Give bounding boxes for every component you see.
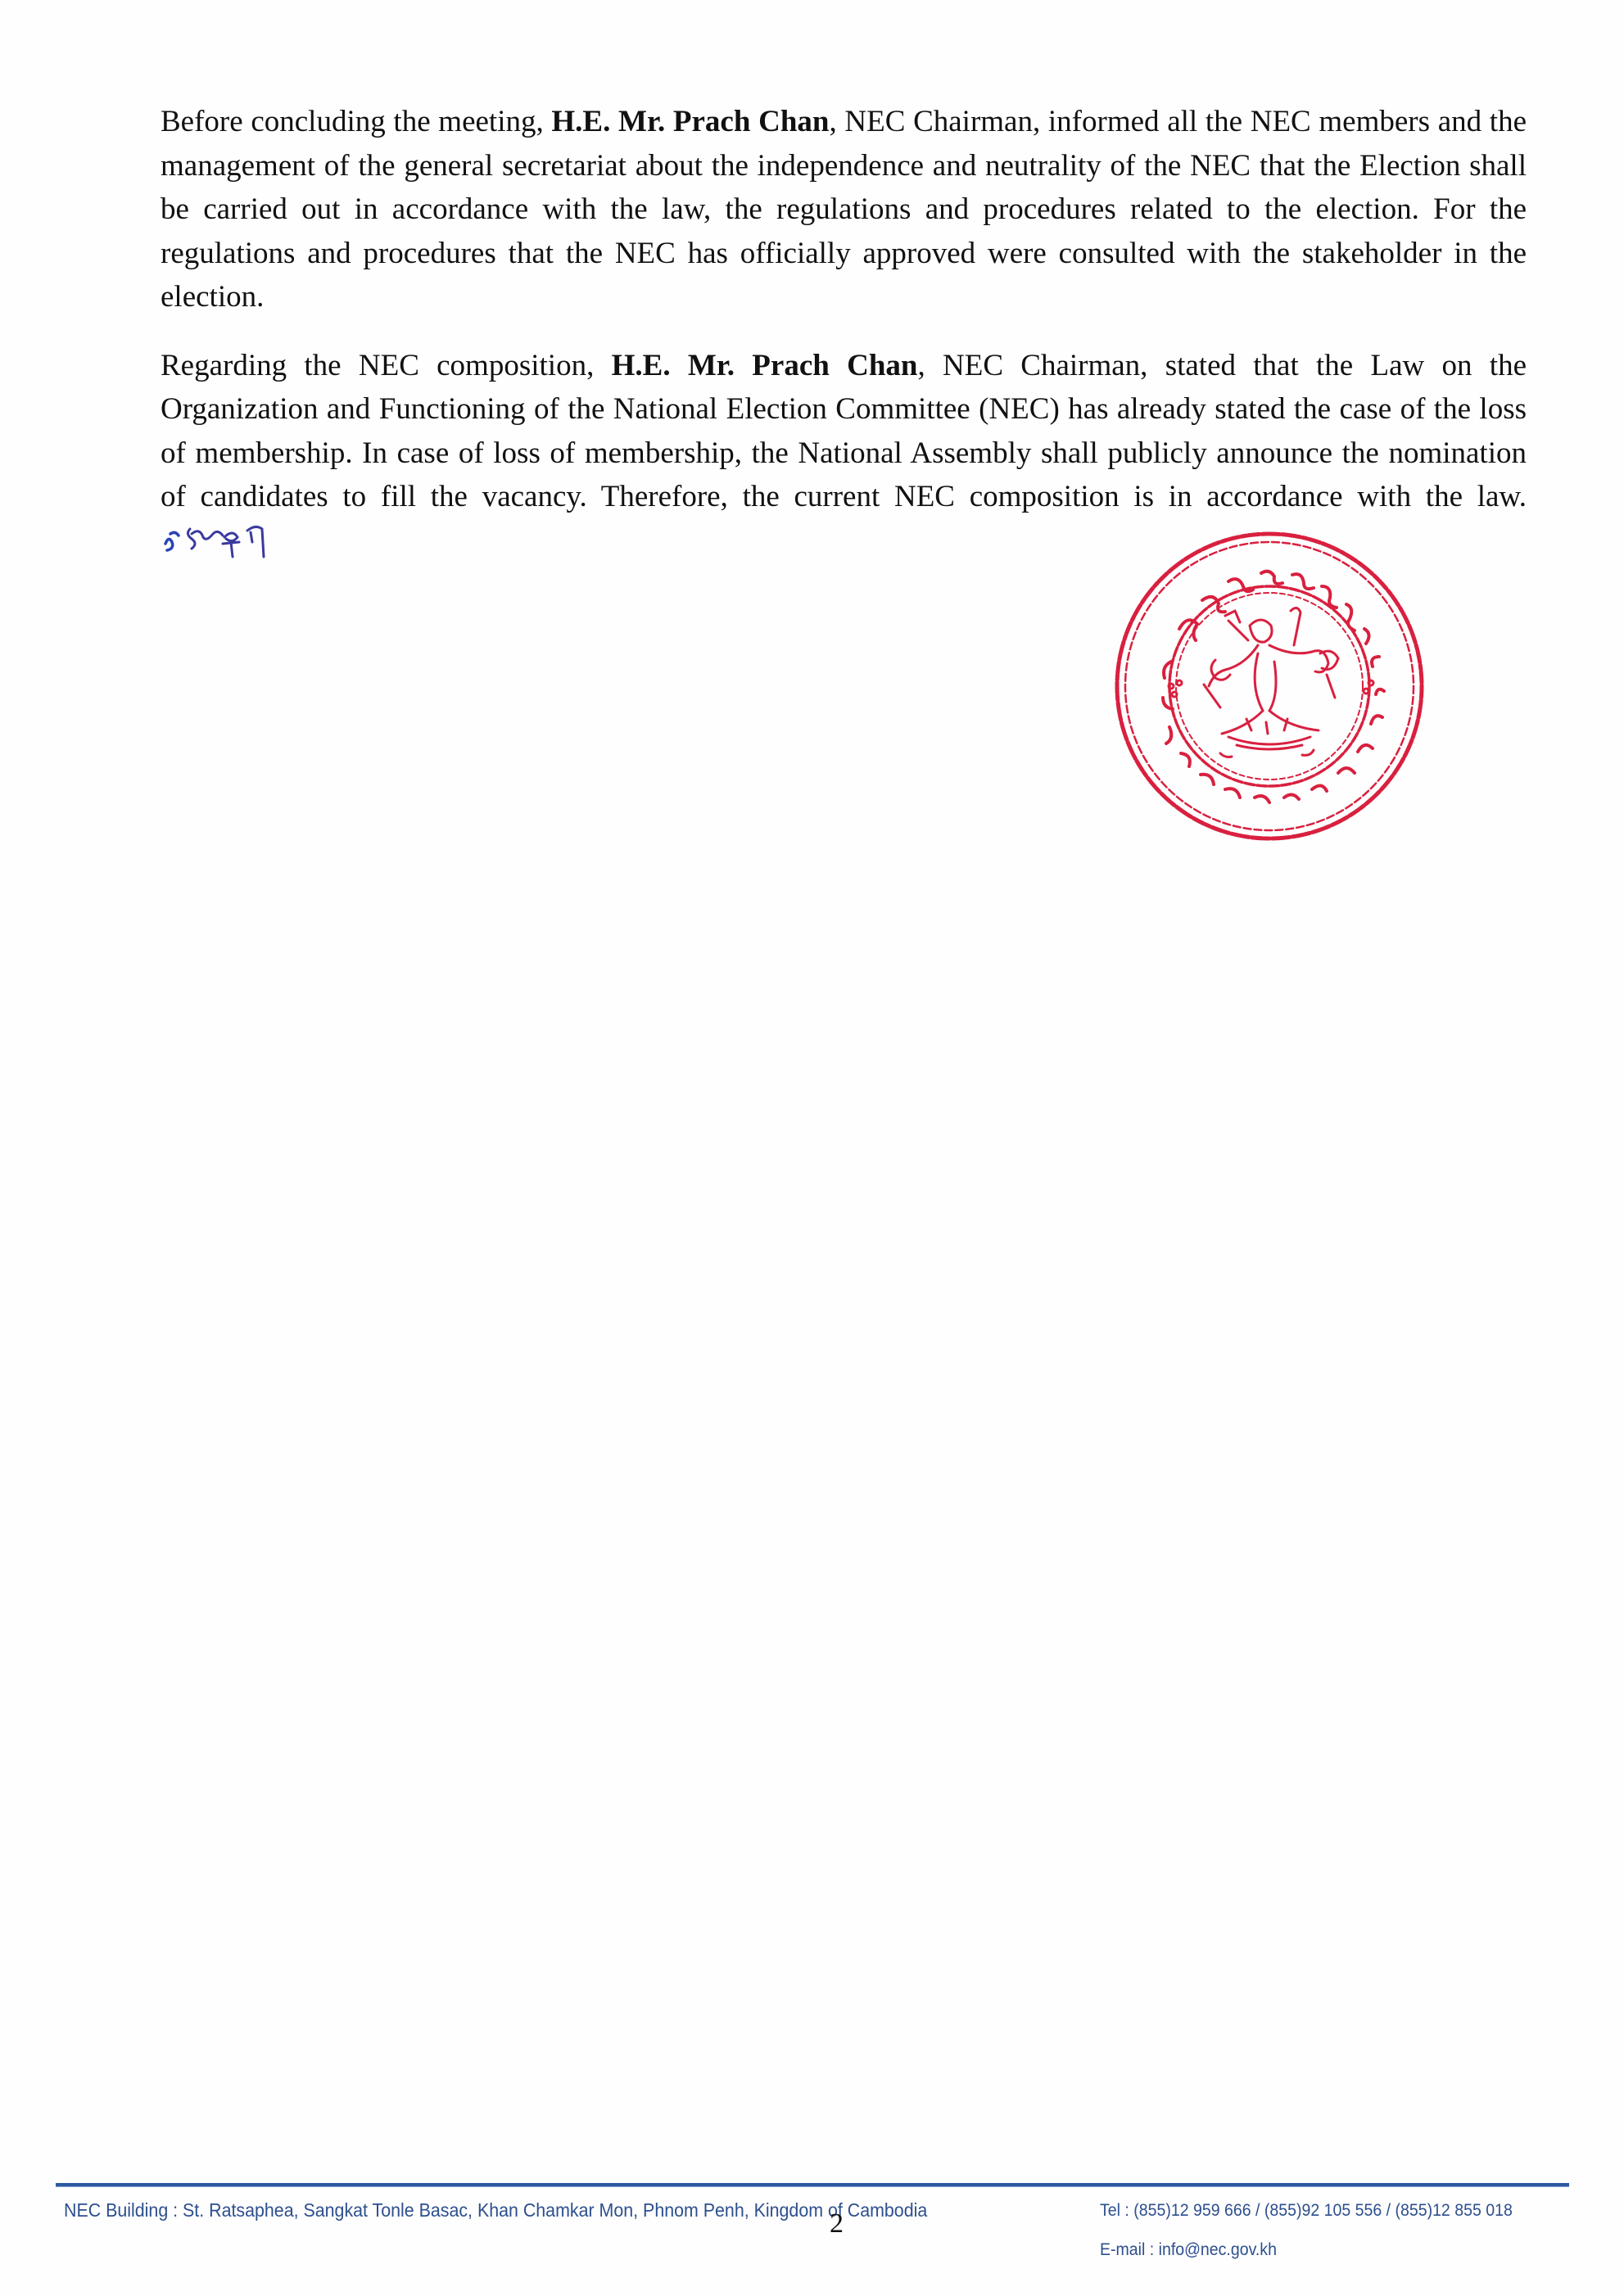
document-page: Before concluding the meeting, H.E. Mr. …	[0, 0, 1624, 2296]
speaker-name: H.E. Mr. Prach Chan	[551, 105, 829, 138]
speaker-name: H.E. Mr. Prach Chan	[612, 349, 918, 382]
document-body: Before concluding the meeting, H.E. Mr. …	[161, 100, 1527, 590]
page-number: 2	[830, 2208, 844, 2240]
paragraph-text: Before concluding the meeting,	[161, 105, 551, 138]
footer-telephone: Tel : (855)12 959 666 / (855)92 105 556 …	[1100, 2201, 1513, 2221]
paragraph-closing-remarks: Before concluding the meeting, H.E. Mr. …	[161, 100, 1527, 319]
paragraph-text: Regarding the NEC composition,	[161, 349, 612, 382]
footer-divider	[56, 2183, 1569, 2187]
handwritten-initials	[162, 519, 285, 566]
official-seal-stamp	[1106, 522, 1433, 850]
footer-email[interactable]: E-mail : info@nec.gov.kh	[1100, 2240, 1277, 2260]
nec-seal-icon	[1106, 522, 1433, 850]
footer-address: NEC Building : St. Ratsaphea, Sangkat To…	[64, 2199, 927, 2221]
signature-initials-icon	[162, 519, 285, 560]
